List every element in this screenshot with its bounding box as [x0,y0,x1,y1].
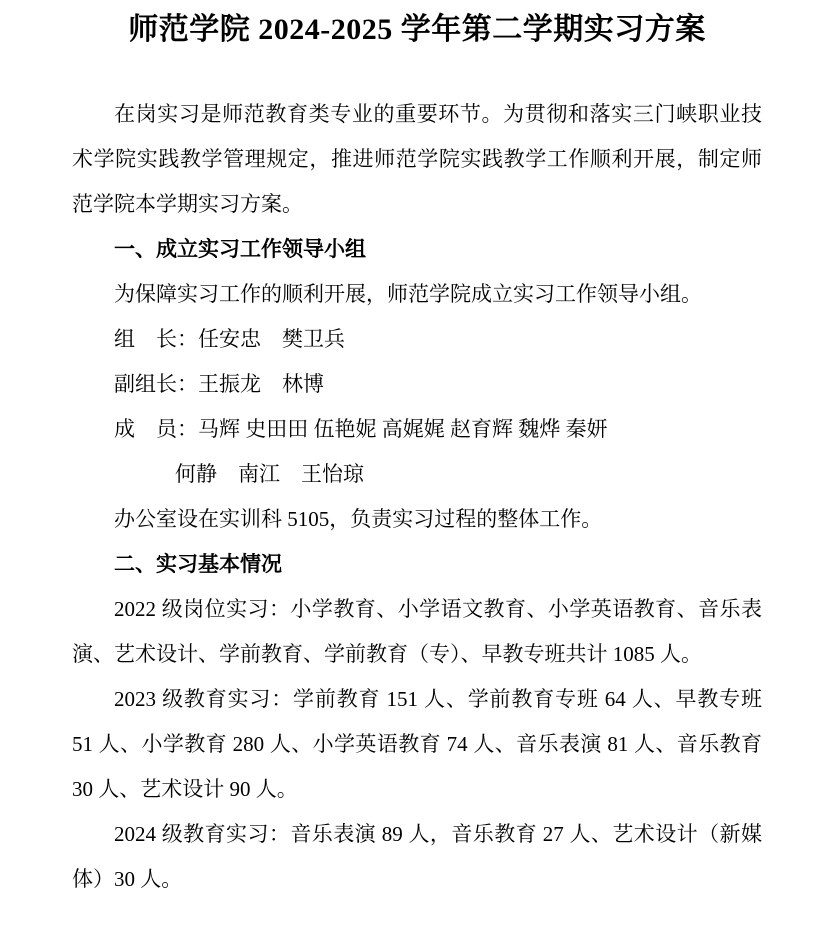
grade-2022-paragraph: 2022 级岗位实习：小学教育、小学语文教育、小学英语教育、音乐表演、艺术设计、… [72,587,762,677]
document-title: 师范学院 2024-2025 学年第二学期实习方案 [72,8,762,52]
grade-2023-paragraph: 2023 级教育实习：学前教育 151 人、学前教育专班 64 人、早教专班 5… [72,677,762,812]
members-line-2: 何静 南江 王怡琼 [72,452,762,497]
section-1-lead-in: 为保障实习工作的顺利开展，师范学院成立实习工作领导小组。 [72,272,762,317]
members-line-1: 成 员：马辉 史田田 伍艳妮 高娓娓 赵育辉 魏烨 秦妍 [72,407,762,452]
section-1-heading: 一、成立实习工作领导小组 [72,227,762,272]
document-page: 师范学院 2024-2025 学年第二学期实习方案 在岗实习是师范教育类专业的重… [0,0,831,925]
grade-2024-paragraph: 2024 级教育实习：音乐表演 89 人，音乐教育 27 人、艺术设计（新媒体）… [72,812,762,902]
office-line: 办公室设在实训科 5105，负责实习过程的整体工作。 [72,497,762,542]
intro-paragraph: 在岗实习是师范教育类专业的重要环节。为贯彻和落实三门峡职业技术学院实践教学管理规… [72,92,762,227]
section-2-heading: 二、实习基本情况 [72,542,762,587]
deputy-leader-line: 副组长：王振龙 林博 [72,362,762,407]
leader-line: 组 长：任安忠 樊卫兵 [72,317,762,362]
